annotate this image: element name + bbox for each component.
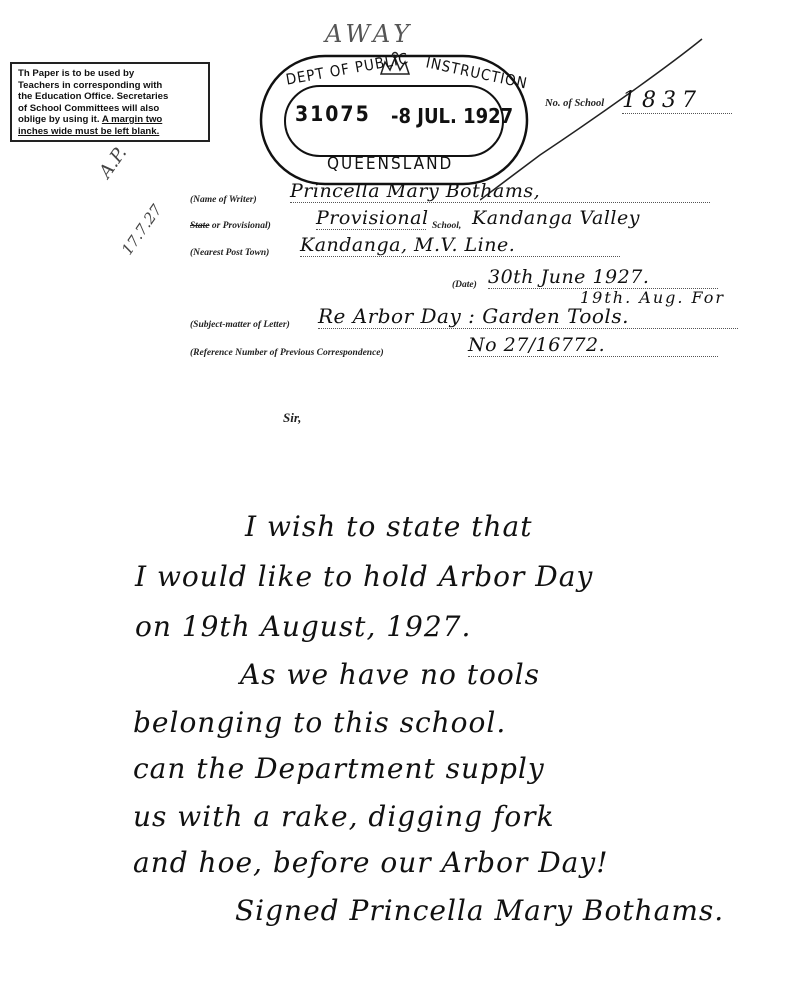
notice-text: oblige by using it.: [18, 114, 102, 125]
body-line: I wish to state that: [245, 510, 532, 543]
subject-value: Re Arbor Day : Garden Tools.: [318, 304, 738, 329]
school-number-label: No. of School: [545, 98, 604, 109]
margin-note: A.P.: [95, 143, 131, 182]
notice-line: Teachers in corresponding with: [18, 80, 202, 92]
school-number-value: 1837: [622, 88, 732, 114]
margin-note-date: 17.7.27: [118, 201, 166, 258]
writer-label: (Name of Writer): [190, 195, 257, 205]
school-type-label: State or Provisional): [190, 221, 271, 231]
body-line: and hoe, before our Arbor Day!: [133, 846, 608, 879]
body-line: can the Department supply: [133, 752, 545, 785]
margin-note-initials: A.P.: [95, 143, 131, 182]
notice-underlined: inches wide must be left blank.: [18, 126, 202, 138]
notice-line: Th Paper is to be used by: [18, 68, 202, 80]
post-town-value: Kandanga, M.V. Line.: [300, 234, 620, 257]
reference-value: No 27/16772.: [468, 334, 718, 357]
notice-line: oblige by using it. A margin two: [18, 114, 202, 126]
post-town-label: (Nearest Post Town): [190, 248, 269, 258]
notice-box: Th Paper is to be used by Teachers in co…: [10, 62, 210, 142]
away-mark: AWAY: [325, 20, 413, 48]
school-name-value: Kandanga Valley: [472, 207, 640, 229]
body-line: on 19th August, 1927.: [135, 610, 471, 643]
body-line: As we have no tools: [240, 658, 540, 691]
date-label: (Date): [452, 280, 477, 290]
school-type-value: Provisional: [316, 207, 426, 230]
notice-underlined: A margin two: [102, 114, 162, 125]
subject-label: (Subject-matter of Letter): [190, 320, 290, 330]
notice-line: of School Committees will also: [18, 103, 202, 115]
notice-line: the Education Office. Secretaries: [18, 91, 202, 103]
school-label: School,: [432, 221, 461, 231]
salutation: Sir,: [283, 410, 301, 426]
body-line: I would like to hold Arbor Day: [135, 560, 593, 593]
stamp-bottom: QUEENSLAND: [327, 154, 453, 174]
writer-value: Princella Mary Bothams,: [290, 180, 710, 203]
reference-label: (Reference Number of Previous Correspond…: [190, 348, 384, 358]
signature-line: Signed Princella Mary Bothams.: [235, 894, 724, 927]
stamp-number: 31075: [295, 102, 371, 126]
body-line: us with a rake, digging fork: [133, 800, 555, 833]
body-line: belonging to this school.: [133, 706, 506, 739]
date-value: 30th June 1927.: [488, 266, 718, 289]
